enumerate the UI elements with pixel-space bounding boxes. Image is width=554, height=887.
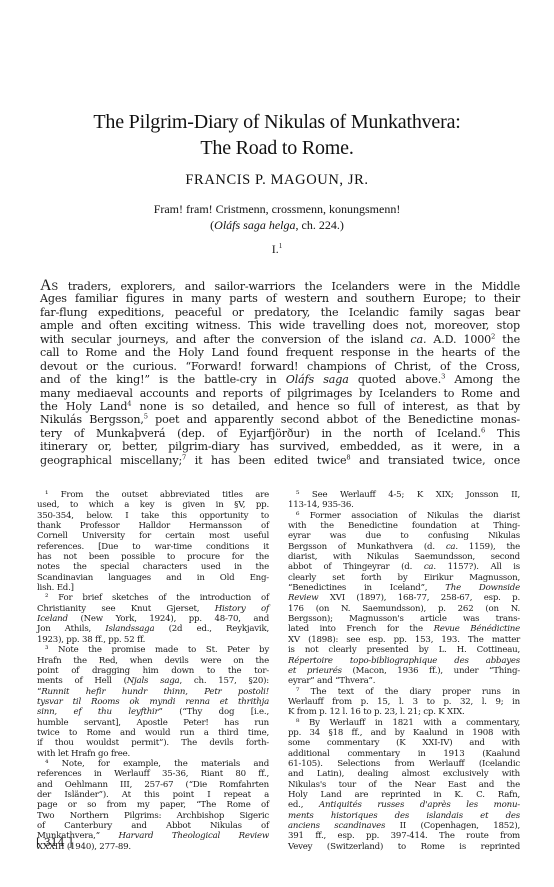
footnote-line: 350-354, below. I take this opportunity … xyxy=(37,511,269,521)
text-span: Ages familiar figures in many parts of w… xyxy=(40,292,520,305)
text-span: ed., xyxy=(288,800,319,810)
footnote-line: ² For brief sketches of the introduction… xyxy=(37,593,269,603)
footnote-line: lish. Ed.] xyxy=(37,583,269,593)
italic-text: Review xyxy=(288,593,318,603)
footnote-line: lated into French for the Revue Bénédict… xyxy=(288,624,520,634)
footnote-line: Répertoire topo-bibliographique des abba… xyxy=(288,656,520,666)
footnote-line: eyrar was due to confusing Nikulas xyxy=(288,531,520,541)
footnote-line: Werlauff from p. 15, l. 3 to p. 32, l. 9… xyxy=(288,697,520,707)
text-span: Bergsson of Munkathvera (d. xyxy=(288,542,446,552)
body-line: the Holy Land4 none is so detailed, and … xyxy=(40,400,520,413)
footnote-line: 61-105). Selections from Werlauff (Icela… xyxy=(288,759,520,769)
footnote-line: references. [Due to war-time conditions … xyxy=(37,542,269,552)
italic-text: Njals saga xyxy=(127,676,180,686)
text-span: page or so from my paper, “The Rome of xyxy=(37,800,269,810)
footnote-line: is not clearly presented by L. H. Cottin… xyxy=(288,645,520,655)
footnote-line: ¹ From the outset abbreviated titles are xyxy=(37,490,269,500)
text-span: ⁵ See Werlauff 4-5; K XIX; Jonsson II, xyxy=(296,490,520,500)
footnote-line: Bergsson); Magnusson's article was trans… xyxy=(288,614,520,624)
drop-cap: A xyxy=(40,277,51,294)
body-line: itinerary or, better, pilgrim-diary has … xyxy=(40,440,520,453)
footnote-line: Jon Athils, Islandssaga (2d ed., Reykjav… xyxy=(37,624,269,634)
footnote-line: Nikulas's tour of the Near East and the xyxy=(288,780,520,790)
text-span: humble servant], Apostle Peter! has run xyxy=(37,718,269,728)
footnote-line: and Latin), dealing almost exclusively w… xyxy=(288,769,520,779)
text-span: additional commentary in 1913 (Kaalund xyxy=(288,749,520,759)
author-byline: FRANCIS P. MAGOUN, JR. xyxy=(0,172,554,189)
footnote-line: ments historiques des islandais et des xyxy=(288,811,520,821)
text-span: Scandinavian languages and in Old Eng- xyxy=(37,573,269,583)
text-span: pp. 34 §18 ff., and by Kaalund in 1908 w… xyxy=(288,728,520,738)
article-title-line-1: The Pilgrim-Diary of Nikulas of Munkathv… xyxy=(0,111,554,134)
text-span: 1923), pp. 38 ff., pp. 52 ff. xyxy=(37,635,145,645)
footnote-line: references in Werlauff 35-36, Riant 80 f… xyxy=(37,769,269,779)
footnote-line: anciens scandinaves II (Copenhagen, 1852… xyxy=(288,821,520,831)
footnote-line: Review XVI (1897), 168-77, 258-67, esp. … xyxy=(288,593,520,603)
text-span: 61-105). Selections from Werlauff (Icela… xyxy=(288,759,520,769)
text-span: the Holy Land xyxy=(40,400,127,413)
text-span: der Isländer”). At this point I repeat a xyxy=(37,790,269,800)
footnote-line: et prieurés (Macon, 1936 ff.), under “Th… xyxy=(288,666,520,676)
body-line: devout or the curious. “Forward! forward… xyxy=(40,360,520,373)
text-span: and transiated twice, once xyxy=(350,454,520,467)
body-line: and of the king!” is the battle-cry in O… xyxy=(40,373,520,386)
text-span: Christianity see Knut Gjerset, xyxy=(37,604,215,614)
text-span: Among the xyxy=(445,373,520,386)
footnote-line: ⁵ See Werlauff 4-5; K XIX; Jonsson II, xyxy=(288,490,520,500)
text-span: eyrar was due to confusing Nikulas xyxy=(288,531,520,541)
text-span: Two Northern Pilgrims: Archbishop Sigeri… xyxy=(37,811,269,821)
italic-text: The Downside xyxy=(445,583,520,593)
italic-text: ca. xyxy=(410,333,426,346)
epigraph-quote: Fram! fram! Cristmenn, crossmenn, konung… xyxy=(0,202,554,217)
body-line: call to Rome and the Holy Land found fre… xyxy=(40,346,520,359)
footnote-line: “Benedictines in Iceland”, The Downside xyxy=(288,583,520,593)
footnote-line: ed., Antiquités russes d'après les monu- xyxy=(288,800,520,810)
text-span: Werlauff from p. 15, l. 3 to p. 32, l. 9… xyxy=(288,697,520,707)
footnotes-right-column: ⁵ See Werlauff 4-5; K XIX; Jonsson II,11… xyxy=(288,490,520,852)
footnote-line: with let Hrafn go free. xyxy=(37,749,269,759)
footnote-line: Two Northern Pilgrims: Archbishop Sigeri… xyxy=(37,811,269,821)
text-span: Hrafn the Red, when devils were on the xyxy=(37,656,269,666)
footnote-line: with the Benedictine foundation at Thing… xyxy=(288,521,520,531)
body-line: geographical miscellany;7 it has been ed… xyxy=(40,454,520,467)
text-span: the xyxy=(495,333,520,346)
text-span: is not clearly presented by L. H. Cottin… xyxy=(288,645,520,655)
footnote-line: clearly set forth by Eirikur Magnusson, xyxy=(288,573,520,583)
text-span: point of dragging him down to the tor- xyxy=(37,666,269,676)
footnote-line: eyrar” and “Thvera”. xyxy=(288,676,520,686)
text-span: ample and often exciting witness. This w… xyxy=(40,319,520,332)
footnote-line: used, to which a key is given in §V, pp. xyxy=(37,500,269,510)
text-span: Cornell University for certain most usef… xyxy=(37,531,269,541)
text-span: references. [Due to war-time conditions … xyxy=(37,542,269,552)
text-span: ⁶ Former association of Nikulas the diar… xyxy=(296,511,520,521)
footnote-line: thank Professor Halldor Hermansson of xyxy=(37,521,269,531)
text-span: ⁷ The text of the diary proper runs in xyxy=(296,687,520,697)
text-span: II (Copenhagen, 1852), xyxy=(385,821,520,831)
footnote-line: some commentary (K XXI-IV) and with xyxy=(288,738,520,748)
footnote-line: additional commentary in 1913 (Kaalund xyxy=(288,749,520,759)
text-span: geographical miscellany; xyxy=(40,454,182,467)
text-span: ⁸ By Werlauff in 1821 with a commentary, xyxy=(296,718,520,728)
footnotes-left-column: ¹ From the outset abbreviated titles are… xyxy=(37,490,269,852)
text-span: Jon Athils, xyxy=(37,624,105,634)
footnote-line: Bergsson of Munkathvera (d. ca. 1159), t… xyxy=(288,542,520,552)
text-span: ¹ From the outset abbreviated titles are xyxy=(45,490,269,500)
text-span: “Benedictines in Iceland”, xyxy=(288,583,445,593)
text-span: Holy Land are reprinted in K. C. Rafn, xyxy=(288,790,520,800)
italic-text: ments historiques des islandais et des xyxy=(288,811,520,821)
text-span: with the Benedictine foundation at Thing… xyxy=(288,521,520,531)
italic-text: et prieurés xyxy=(288,666,342,676)
body-line: tery of Munkaþverá (dep. of Eyjarfjörður… xyxy=(40,427,520,440)
text-span: This xyxy=(485,427,520,440)
footnote-line: “Runnit hefir hundr thinn, Petr postoli! xyxy=(37,687,269,697)
footnote-line: Iceland (New York, 1924), pp. 48-70, and xyxy=(37,614,269,624)
body-line: many mediaeval accounts and reports of p… xyxy=(40,387,520,400)
footnote-line: notes the special characters used in the xyxy=(37,562,269,572)
italic-text: sinn, ef thu leyfthir xyxy=(37,707,159,717)
text-span: used, to which a key is given in §V, pp. xyxy=(37,500,269,510)
footnote-line: ⁴ Note, for example, the materials and xyxy=(37,759,269,769)
italic-text: ca. xyxy=(446,542,458,552)
text-span: 1159), the xyxy=(458,542,520,552)
text-span: diarist, with Nikulas Saemundsson, secon… xyxy=(288,552,520,562)
italic-text: Oláfs saga xyxy=(286,373,349,386)
text-span: ³ Note the promise made to St. Peter by xyxy=(45,645,269,655)
italic-text: Iceland xyxy=(37,614,68,624)
body-line: ample and often exciting witness. This w… xyxy=(40,319,520,332)
text-span: 1157?). All is xyxy=(436,562,520,572)
text-span: traders, explorers, and sailor-warriors … xyxy=(59,280,520,293)
text-span: ⁴ Note, for example, the materials and xyxy=(45,759,269,769)
footnote-line: sinn, ef thu leyfthir” (“Thy dog [i.e., xyxy=(37,707,269,717)
text-span: and Oehlmann III, 257-67 (“Die Romfahrte… xyxy=(37,780,269,790)
footnote-line: 1923), pp. 38 ff., pp. 52 ff. xyxy=(37,635,269,645)
footnote-line: Vevey (Switzerland) to Rome is reprinted xyxy=(288,842,520,852)
text-span: 176 (on N. Saemundsson), p. 262 (on N. xyxy=(288,604,520,614)
footnote-line: ments of Hell (Njals saga, ch. 157, §20)… xyxy=(37,676,269,686)
text-span: , ch. 157, §20): xyxy=(179,676,269,686)
body-line: Nikulás Bergsson,5 poet and apparently s… xyxy=(40,413,520,426)
footnote-line: diarist, with Nikulas Saemundsson, secon… xyxy=(288,552,520,562)
text-span: twice to Rome and would run a third time… xyxy=(37,728,269,738)
epigraph-source: (Oláfs saga helga, ch. 224.) xyxy=(0,218,554,233)
small-cap: S xyxy=(51,282,58,293)
text-span: poet and apparently second abbot of the … xyxy=(148,413,520,426)
italic-text: History of xyxy=(215,604,269,614)
text-span: 350-354, below. I take this opportunity … xyxy=(37,511,269,521)
footnote-line: tysvar til Rooms ok myndi renna et thrit… xyxy=(37,697,269,707)
footnote-line: ³ Note the promise made to St. Peter by xyxy=(37,645,269,655)
footnote-line: if thou wouldst permit”). The devils for… xyxy=(37,738,269,748)
text-span: quoted above. xyxy=(349,373,441,386)
footnote-line: Scandinavian languages and in Old Eng- xyxy=(37,573,269,583)
footnote-line: humble servant], Apostle Peter! has run xyxy=(37,718,269,728)
text-span: notes the special characters used in the xyxy=(37,562,269,572)
footnote-line: ⁸ By Werlauff in 1821 with a commentary, xyxy=(288,718,520,728)
footnote-line: 176 (on N. Saemundsson), p. 262 (on N. xyxy=(288,604,520,614)
footnote-line: Christianity see Knut Gjerset, History o… xyxy=(37,604,269,614)
body-line: Ages familiar figures in many parts of w… xyxy=(40,292,520,305)
footnote-ref[interactable]: 1 xyxy=(279,242,283,250)
footnote-line: der Isländer”). At this point I repeat a xyxy=(37,790,269,800)
text-span: far-flung expeditions, peaceful or preda… xyxy=(40,306,520,319)
text-span: it has been edited twice xyxy=(186,454,346,467)
text-span: ² For brief sketches of the introduction… xyxy=(45,593,269,603)
text-span: eyrar” and “Thvera”. xyxy=(288,676,375,686)
footnote-line: Hrafn the Red, when devils were on the xyxy=(37,656,269,666)
text-span: many mediaeval accounts and reports of p… xyxy=(40,387,520,400)
text-span: itinerary or, better, pilgrim-diary has … xyxy=(40,440,520,453)
text-span: (New York, 1924), pp. 48-70, and xyxy=(68,614,269,624)
text-span: (Macon, 1936 ff.), under “Thing- xyxy=(342,666,520,676)
text-span: Bergsson); Magnusson's article was trans… xyxy=(288,614,520,624)
footnote-line: point of dragging him down to the tor- xyxy=(37,666,269,676)
italic-text: tysvar til Rooms ok myndi renna et thrit… xyxy=(37,697,269,707)
document-page: The Pilgrim-Diary of Nikulas of Munkathv… xyxy=(0,0,554,887)
italic-text: ca. xyxy=(424,562,436,572)
section-heading: I.1 xyxy=(0,242,554,257)
text-span: of Canterbury and Abbot Nikulas of xyxy=(37,821,269,831)
text-span: call to Rome and the Holy Land found fre… xyxy=(40,346,520,359)
text-span: XV (1898): see esp. pp. 153, 193. The ma… xyxy=(288,635,520,645)
body-line: with secular journeys, and after the con… xyxy=(40,333,520,346)
text-span: none is so detailed, and hence so full o… xyxy=(131,400,520,413)
italic-text: anciens scandinaves xyxy=(288,821,385,831)
footnote-line: Cornell University for certain most usef… xyxy=(37,531,269,541)
text-span: with secular journeys, and after the con… xyxy=(40,333,410,346)
footnote-line: pp. 34 §18 ff., and by Kaalund in 1908 w… xyxy=(288,728,520,738)
text-span: and Latin), dealing almost exclusively w… xyxy=(288,769,520,779)
footnote-line: 391 ff., esp. pp. 397-414. The route fro… xyxy=(288,831,520,841)
footnote-line: and Oehlmann III, 257-67 (“Die Romfahrte… xyxy=(37,780,269,790)
footnote-line: XV (1898): see esp. pp. 153, 193. The ma… xyxy=(288,635,520,645)
footnote-line: of Canterbury and Abbot Nikulas of xyxy=(37,821,269,831)
text-span: and of the king!” is the battle-cry in xyxy=(40,373,286,386)
footnote-line: ⁷ The text of the diary proper runs in xyxy=(288,687,520,697)
text-span: 113-14, 935-36. xyxy=(288,500,354,510)
text-span: ” (“Thy dog [i.e., xyxy=(159,707,269,717)
text-span: 391 ff., esp. pp. 397-414. The route fro… xyxy=(288,831,520,841)
footnote-line: twice to Rome and would run a third time… xyxy=(37,728,269,738)
article-title-line-2: The Road to Rome. xyxy=(0,137,554,160)
text-span: some commentary (K XXI-IV) and with xyxy=(288,738,520,748)
italic-text: Harvard Theological Review xyxy=(118,831,269,841)
footnote-line: page or so from my paper, “The Rome of xyxy=(37,800,269,810)
text-span: if thou wouldst permit”). The devils for… xyxy=(37,738,269,748)
text-span: thank Professor Halldor Hermansson of xyxy=(37,521,269,531)
text-span: references in Werlauff 35-36, Riant 80 f… xyxy=(37,769,269,779)
text-span: has not been possible to procure for the xyxy=(37,552,269,562)
footnote-line: abbot of Thingeyrar (d. ca. 1157?). All … xyxy=(288,562,520,572)
italic-text: Runnit hefir hundr thinn, Petr postoli! xyxy=(41,687,269,697)
text-span: lish. Ed.] xyxy=(37,583,74,593)
text-span: A.D. 1000 xyxy=(426,333,491,346)
text-span: abbot of Thingeyrar (d. xyxy=(288,562,424,572)
text-span: Nikulas's tour of the Near East and the xyxy=(288,780,520,790)
text-span: Vevey (Switzerland) to Rome is reprinted xyxy=(288,842,520,852)
footnote-line: has not been possible to procure for the xyxy=(37,552,269,562)
footnote-line: ⁶ Former association of Nikulas the diar… xyxy=(288,511,520,521)
body-paragraph: AS traders, explorers, and sailor-warrio… xyxy=(40,279,520,467)
footnote-line: Holy Land are reprinted in K. C. Rafn, xyxy=(288,790,520,800)
text-span: clearly set forth by Eirikur Magnusson, xyxy=(288,573,520,583)
footnote-line: K from p. 12 l. 16 to p. 23, l. 21; cp. … xyxy=(288,707,520,717)
text-span: lated into French for the xyxy=(288,624,434,634)
body-line: far-flung expeditions, peaceful or preda… xyxy=(40,306,520,319)
italic-text: Revue Bénédictine xyxy=(434,624,520,634)
text-span: ments of Hell ( xyxy=(37,676,127,686)
italic-text: Répertoire topo-bibliographique des abba… xyxy=(288,656,520,666)
italic-text: Antiquités russes d'après les monu- xyxy=(319,800,520,810)
text-span: with let Hrafn go free. xyxy=(37,749,130,759)
body-line: AS traders, explorers, and sailor-warrio… xyxy=(40,279,520,292)
text-span: devout or the curious. “Forward! forward… xyxy=(40,360,520,373)
text-span: (2d ed., Reykjavik, xyxy=(154,624,269,634)
footnote-line: 113-14, 935-36. xyxy=(288,500,520,510)
italic-text: Islandssaga xyxy=(105,624,154,634)
text-span: tery of Munkaþverá (dep. of Eyjarfjörður… xyxy=(40,427,481,440)
text-span: Nikulás Bergsson, xyxy=(40,413,144,426)
page-number: [ 314 ] xyxy=(36,836,73,849)
text-span: K from p. 12 l. 16 to p. 23, l. 21; cp. … xyxy=(288,707,465,717)
text-span: XVI (1897), 168-77, 258-67, esp. p. xyxy=(318,593,520,603)
